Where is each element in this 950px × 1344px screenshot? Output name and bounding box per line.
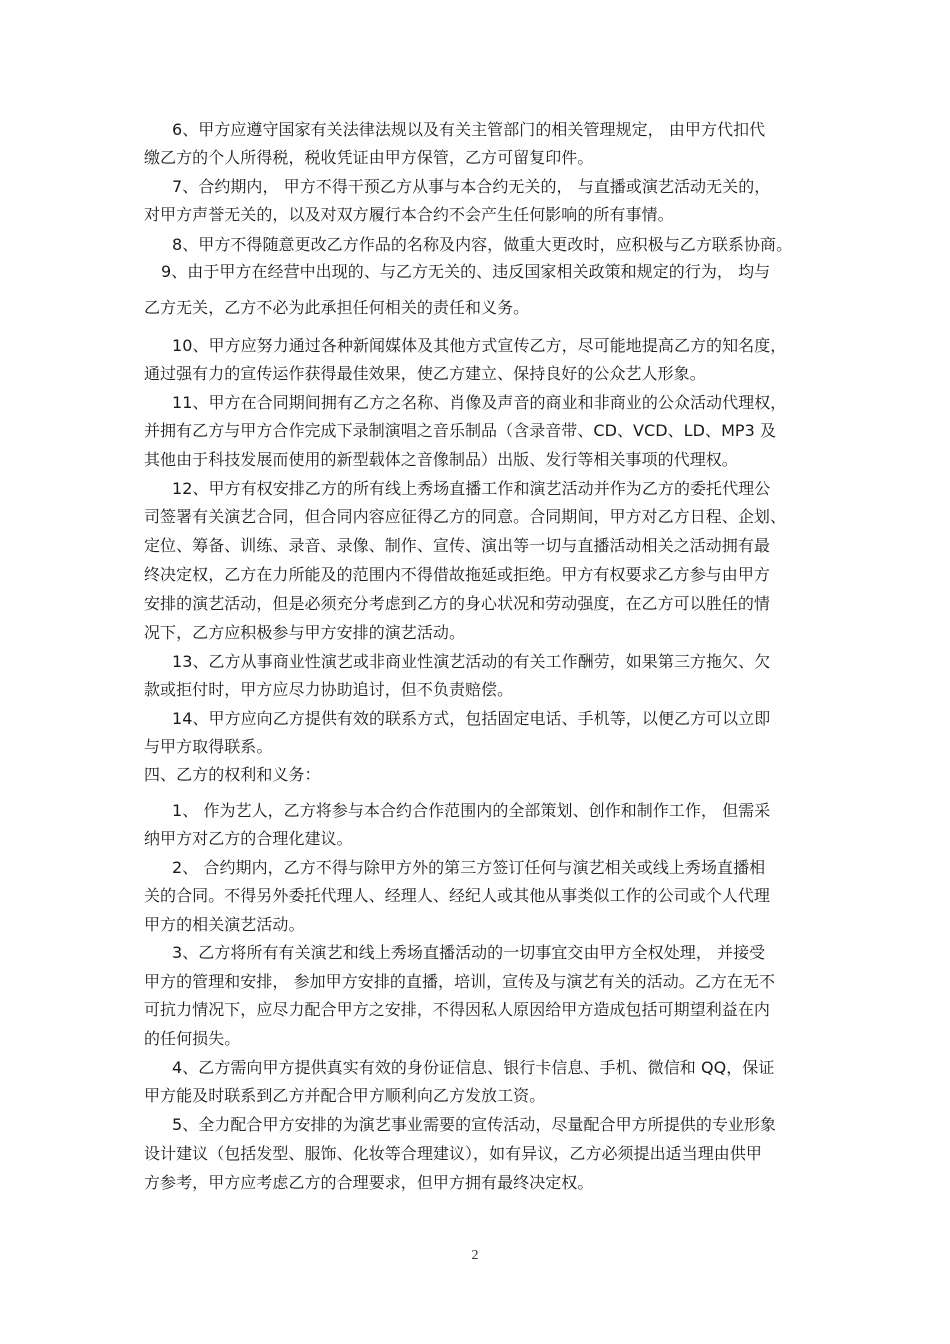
text-line: 对甲方声誉无关的，以及对双方履行本合约不会产生任何影响的所有事情。 (144, 205, 674, 225)
text-line: 14、甲方应向乙方提供有效的联系方式，包括固定电话、手机等，以便乙方可以立即 (172, 709, 770, 729)
text-line: 可抗力情况下，应尽力配合甲方之安排，不得因私人原因给甲方造成包括可期望利益在内 (144, 1000, 770, 1020)
text-line: 6、甲方应遵守国家有关法律法规以及有关主管部门的相关管理规定， 由甲方代扣代 (172, 120, 765, 140)
text-line: 定位、筹备、训练、录音、录像、制作、宣传、演出等一切与直播活动相关之活动拥有最 (144, 536, 770, 556)
text-line: 13、乙方从事商业性演艺或非商业性演艺活动的有关工作酬劳，如果第三方拖欠、欠 (172, 652, 770, 672)
text-line: 9、由于甲方在经营中出现的、与乙方无关的、违反国家相关政策和规定的行为， 均与 (161, 262, 770, 282)
text-line: 7、合约期内， 甲方不得干预乙方从事与本合约无关的， 与直播或演艺活动无关的， (172, 177, 770, 197)
text-line: 甲方的相关演艺活动。 (144, 915, 305, 935)
text-line: 与甲方取得联系。 (144, 737, 272, 757)
text-line: 3、乙方将所有有关演艺和线上秀场直播活动的一切事宜交由甲方全权处理， 并接受 (172, 943, 765, 963)
text-line: 8、甲方不得随意更改乙方作品的名称及内容，做重大更改时，应积极与乙方联系协商。 (172, 235, 792, 255)
text-line: 10、甲方应努力通过各种新闻媒体及其他方式宣传乙方，尽可能地提高乙方的知名度， (172, 336, 786, 356)
text-line: 设计建议（包括发型、服饰、化妆等合理建议），如有异议，乙方必须提出适当理由供甲 (144, 1144, 762, 1164)
text-line: 关的合同。不得另外委托代理人、经理人、经纪人或其他从事类似工作的公司或个人代理 (144, 886, 770, 906)
text-line: 纳甲方对乙方的合理化建议。 (144, 829, 353, 849)
text-line: 甲方能及时联系到乙方并配合甲方顺利向乙方发放工资。 (144, 1086, 545, 1106)
document-page: 6、甲方应遵守国家有关法律法规以及有关主管部门的相关管理规定， 由甲方代扣代 缴… (0, 0, 950, 1344)
text-line: 乙方无关，乙方不必为此承担任何相关的责任和义务。 (144, 298, 529, 318)
text-line: 5、全力配合甲方安排的为演艺事业需要的宣传活动，尽量配合甲方所提供的专业形象 (172, 1115, 776, 1135)
text-line: 况下，乙方应积极参与甲方安排的演艺活动。 (144, 623, 465, 643)
text-line: 4、乙方需向甲方提供真实有效的身份证信息、银行卡信息、手机、微信和 QQ，保证 (172, 1058, 774, 1078)
text-line: 终决定权，乙方在力所能及的范围内不得借故拖延或拒绝。甲方有权要求乙方参与由甲方 (144, 565, 770, 585)
text-line: 方参考，甲方应考虑乙方的合理要求，但甲方拥有最终决定权。 (144, 1173, 593, 1193)
text-line: 2、 合约期内，乙方不得与除甲方外的第三方签订任何与演艺相关或线上秀场直播相 (172, 858, 765, 878)
text-line: 司签署有关演艺合同，但合同内容应征得乙方的同意。合同期间，甲方对乙方日程、企划、 (144, 507, 786, 527)
text-line: 甲方的管理和安排， 参加甲方安排的直播，培训，宣传及与演艺有关的活动。乙方在无不 (144, 972, 775, 992)
section-heading: 四、乙方的权利和义务： (144, 765, 321, 785)
text-line: 通过强有力的宣传运作获得最佳效果，使乙方建立、保持良好的公众艺人形象。 (144, 364, 706, 384)
text-line: 安排的演艺活动，但是必须充分考虑到乙方的身心状况和劳动强度，在乙方可以胜任的情 (144, 594, 770, 614)
text-line: 并拥有乙方与甲方合作完成下录制演唱之音乐制品（含录音带、CD、VCD、LD、MP… (144, 421, 776, 441)
text-line: 12、甲方有权安排乙方的所有线上秀场直播工作和演艺活动并作为乙方的委托代理公 (172, 479, 770, 499)
page-number: 2 (0, 1248, 950, 1264)
text-line: 1、 作为艺人，乙方将参与本合约合作范围内的全部策划、创作和制作工作， 但需采 (172, 801, 770, 821)
text-line: 款或拒付时，甲方应尽力协助追讨，但不负责赔偿。 (144, 680, 513, 700)
text-line: 的任何损失。 (144, 1029, 240, 1049)
text-line: 11、甲方在合同期间拥有乙方之名称、肖像及声音的商业和非商业的公众活动代理权， (172, 393, 786, 413)
text-line: 其他由于科技发展而使用的新型载体之音像制品）出版、发行等相关事项的代理权。 (144, 450, 738, 470)
text-line: 缴乙方的个人所得税，税收凭证由甲方保管，乙方可留复印件。 (144, 148, 593, 168)
